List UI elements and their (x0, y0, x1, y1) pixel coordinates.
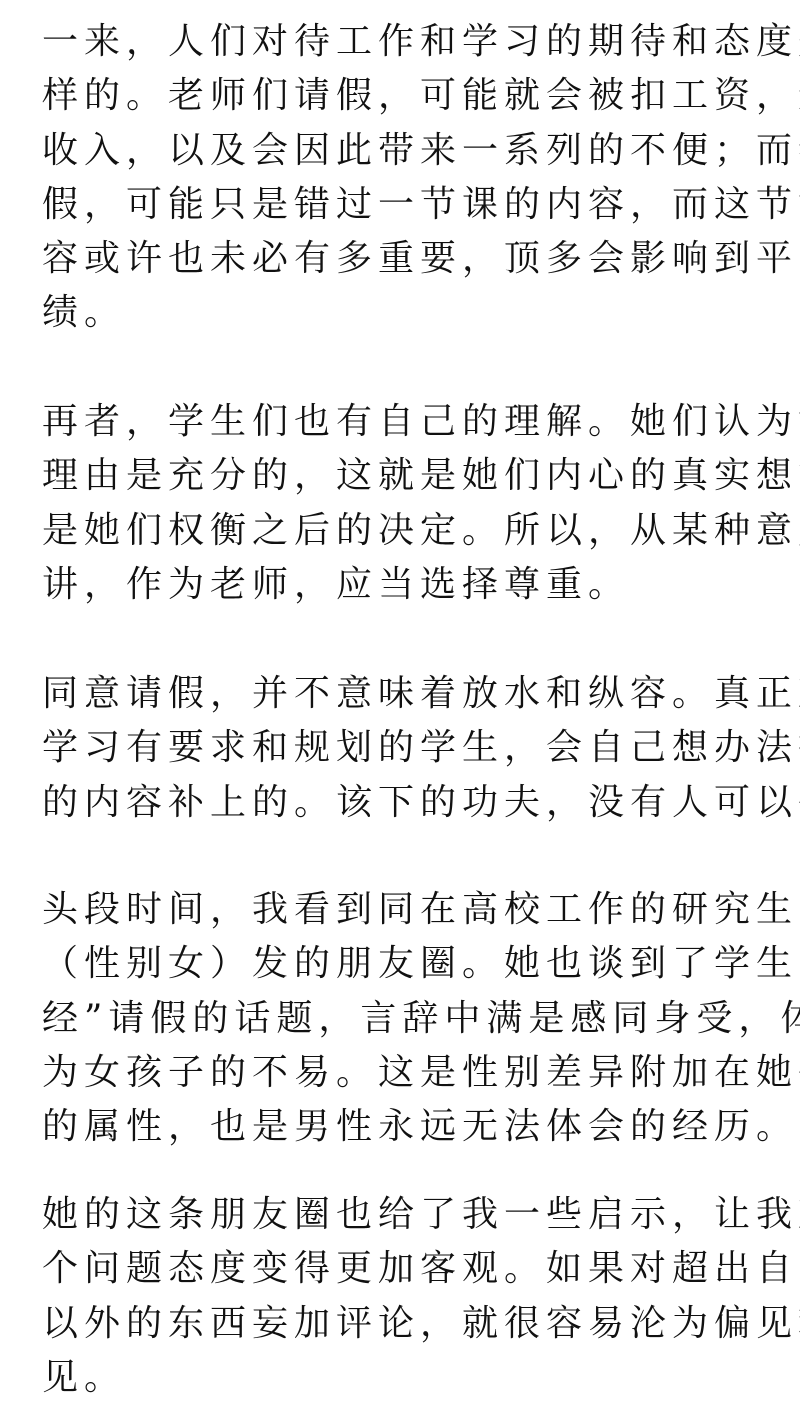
text-line: 同意请假，并不意味着放水和纵容。真正对自己 (42, 667, 772, 721)
text-line: 的内容补上的。该下的功夫，没有人可以代替。 (42, 776, 772, 830)
text-line: 她的这条朋友圈也给了我一些启示，让我对待这 (42, 1188, 772, 1242)
text-line: 经”请假的话题，言辞中满是感同身受，体现了身 (42, 992, 772, 1046)
paragraph-5: 她的这条朋友圈也给了我一些启示，让我对待这 个问题态度变得更加客观。如果对超出自… (42, 1188, 772, 1405)
text-line: 理由是充分的，这就是她们内心的真实想法，也 (42, 449, 772, 503)
text-line: 假，可能只是错过一节课的内容，而这节课的内 (42, 178, 772, 232)
text-line: 收入，以及会因此带来一系列的不便；而学生请 (42, 124, 772, 178)
text-line: 个问题态度变得更加客观。如果对超出自己认知 (42, 1242, 772, 1296)
paragraph-3: 同意请假，并不意味着放水和纵容。真正对自己 学习有要求和规划的学生，会自己想办法… (42, 667, 772, 830)
text-line: （性别女）发的朋友圈。她也谈到了学生因为“痛 (42, 937, 772, 991)
text-line: 一来，人们对待工作和学习的期待和态度是不一 (42, 15, 772, 69)
text-line: 绩。 (42, 286, 772, 340)
article-page: 一来，人们对待工作和学习的期待和态度是不一 样的。老师们请假，可能就会被扣工资，… (0, 0, 800, 1427)
text-line: 是她们权衡之后的决定。所以，从某种意义上 (42, 504, 772, 558)
paragraph-2: 再者，学生们也有自己的理解。她们认为请假的 理由是充分的，这就是她们内心的真实想… (42, 395, 772, 612)
text-line: 为女孩子的不易。这是性别差异附加在她们身上 (42, 1046, 772, 1100)
text-line: 以外的东西妄加评论，就很容易沦为偏见和成 (42, 1297, 772, 1351)
text-line: 头段时间，我看到同在高校工作的研究生同学 (42, 883, 772, 937)
text-line: 见。 (42, 1351, 772, 1405)
text-line: 的属性，也是男性永远无法体会的经历。 (42, 1100, 772, 1154)
paragraph-4: 头段时间，我看到同在高校工作的研究生同学 （性别女）发的朋友圈。她也谈到了学生因… (42, 883, 772, 1154)
text-line: 样的。老师们请假，可能就会被扣工资，影响到 (42, 69, 772, 123)
text-line: 学习有要求和规划的学生，会自己想办法把错过 (42, 721, 772, 775)
text-line: 讲，作为老师，应当选择尊重。 (42, 558, 772, 612)
text-line: 容或许也未必有多重要，顶多会影响到平时成 (42, 232, 772, 286)
paragraph-1: 一来，人们对待工作和学习的期待和态度是不一 样的。老师们请假，可能就会被扣工资，… (42, 15, 772, 341)
text-line: 再者，学生们也有自己的理解。她们认为请假的 (42, 395, 772, 449)
